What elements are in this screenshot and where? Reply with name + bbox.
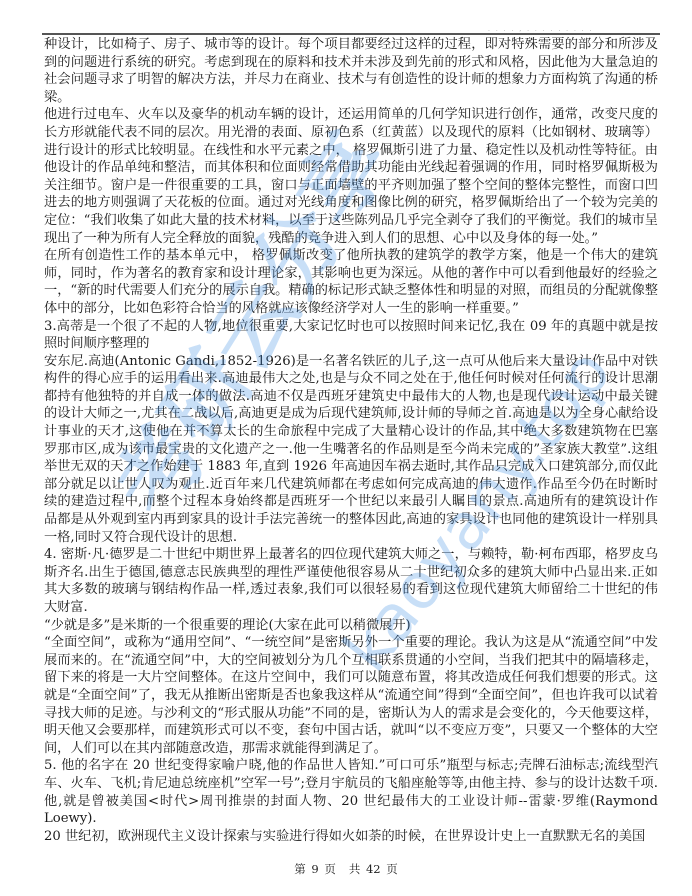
paragraph: “少就是多”是米斯的一个很重要的理论(大家在此可以稍微展开) [44, 617, 658, 635]
header-marks: . . . . , . . . . . . . . . [488, 26, 594, 33]
header-rule [42, 33, 660, 35]
footer-prefix: 第 [294, 862, 306, 876]
footer-page-unit: 页 [324, 862, 336, 876]
paragraph: 种设计，比如椅子、房子、城市等的设计。每个项目都要经过这样的过程，即对特殊需要的… [44, 36, 658, 106]
section-3-heading: 3.高蒂是一个很了不起的人物,地位很重要,大家记忆时也可以按照时间来记忆,我在 … [44, 318, 658, 353]
paragraph-gaudi: 安东尼.高迪(Antonic Gandi,1852-1926)是一名著名铁匠的儿… [44, 353, 658, 547]
section-4-heading: 4. 密斯·凡·德罗是二十世纪中期世界上最著名的四位现代建筑大师之一，与赖特，勒… [44, 546, 658, 616]
paragraph: 在所有创造性工作的基本单元中， 格罗佩斯改变了他所执教的建筑学的教学方案，他是一… [44, 247, 658, 317]
footer-total-prefix: 共 [349, 862, 361, 876]
document-body: 种设计，比如椅子、房子、城市等的设计。每个项目都要经过这样的过程，即对特殊需要的… [44, 36, 658, 845]
footer-total-unit: 页 [386, 862, 398, 876]
page-number: 9 [311, 862, 318, 876]
total-pages: 42 [366, 862, 381, 876]
paragraph: 他进行过电车、火车以及豪华的机动车辆的设计，还运用简单的几何学知识进行创作，通常… [44, 106, 658, 247]
section-5-heading: 5. 他的名字在 20 世纪变得家喻户晓,他的作品世人皆知.”可口可乐”瓶型与标… [44, 757, 658, 827]
paragraph: 20 世纪初，欧洲现代主义设计探索与实验进行得如火如荼的时候，在世界设计史上一直… [44, 828, 658, 846]
page-footer: 第 9 页 共 42 页 [0, 861, 692, 877]
paragraph: “全面空间”，或称为“通用空间”、“一统空间”是密斯另外一个重要的理论。我认为这… [44, 634, 658, 757]
